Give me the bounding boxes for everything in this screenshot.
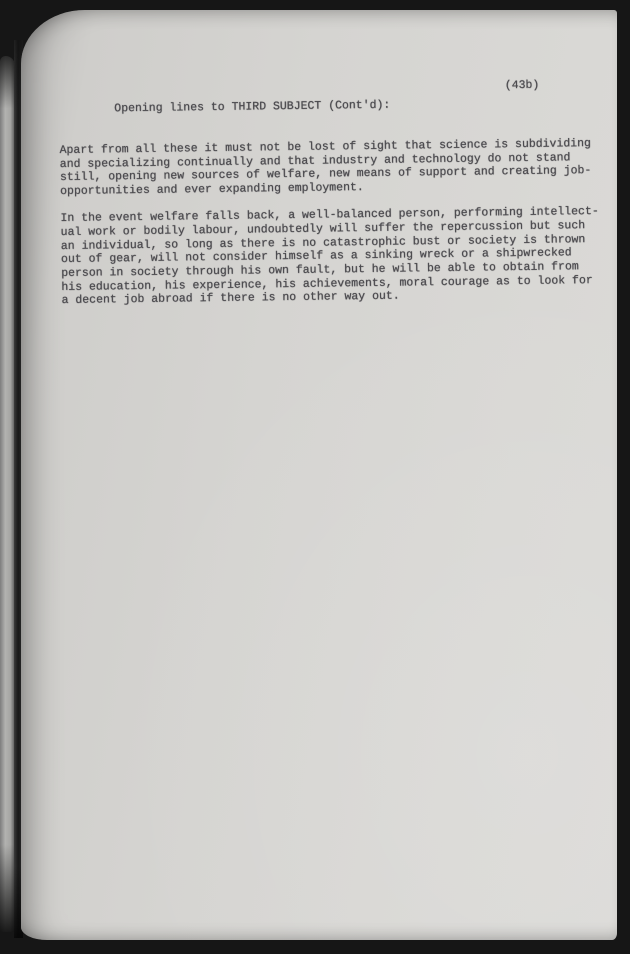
typewritten-content: Opening lines to THIRD SUBJECT (Cont'd):… [58, 55, 607, 336]
page-number: (43b) [505, 79, 540, 93]
section-heading: Opening lines to THIRD SUBJECT (Cont'd): [114, 99, 390, 116]
heading-row: Opening lines to THIRD SUBJECT (Cont'd):… [59, 82, 604, 103]
paragraph: Apart from all these it must not be lost… [59, 137, 605, 199]
paragraphs: Apart from all these it must not be lost… [59, 137, 606, 308]
document-page: Opening lines to THIRD SUBJECT (Cont'd):… [21, 10, 617, 940]
book-scan: Opening lines to THIRD SUBJECT (Cont'd):… [0, 0, 630, 954]
book-page-edges [0, 56, 15, 932]
paragraph: In the event welfare falls back, a well-… [60, 205, 606, 308]
